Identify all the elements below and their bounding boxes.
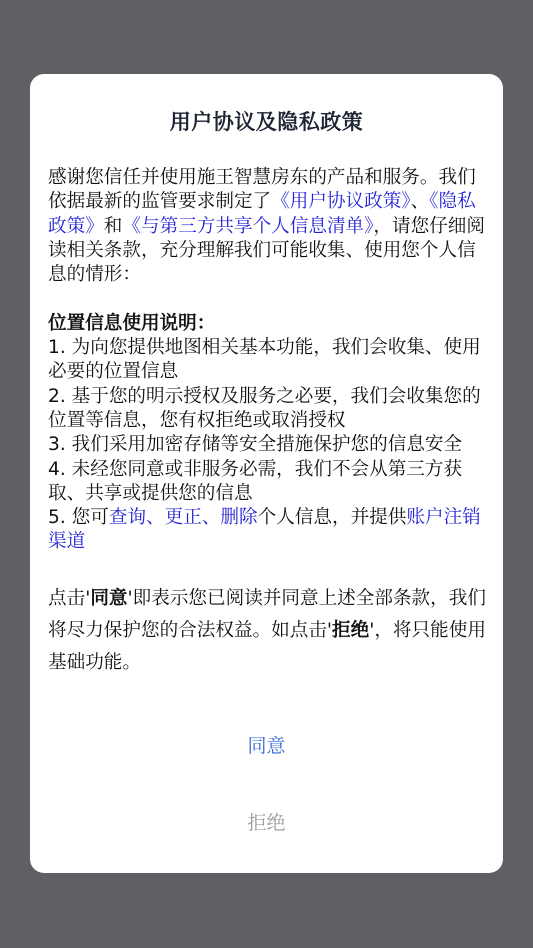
item5-text: 5. 您可	[48, 507, 109, 528]
location-heading: 位置信息使用说明：	[48, 312, 487, 336]
intro-paragraph: 感谢您信任并使用施王智慧房东的产品和服务。我们依据最新的监管要求制定了《用户协议…	[48, 166, 487, 287]
dialog-title: 用户协议及隐私政策	[30, 106, 503, 136]
dialog-content: 感谢您信任并使用施王智慧房东的产品和服务。我们依据最新的监管要求制定了《用户协议…	[48, 166, 487, 679]
manage-info-link[interactable]: 查询、更正、删除	[109, 507, 258, 528]
list-item: 5. 您可查询、更正、删除个人信息，并提供账户注销渠道	[48, 506, 487, 555]
agree-button[interactable]: 同意	[30, 726, 503, 766]
consent-notice: 点击'同意'即表示您已阅读并同意上述全部条款，我们将尽力保护您的合法权益。如点击…	[48, 583, 487, 679]
privacy-dialog: 用户协议及隐私政策 感谢您信任并使用施王智慧房东的产品和服务。我们依据最新的监管…	[30, 74, 503, 873]
item5-text-mid: 个人信息，并提供	[258, 507, 407, 528]
list-item: 4. 未经您同意或非服务必需，我们不会从第三方获取、共享或提供您的信息	[48, 458, 487, 507]
notice-text: 点击'	[48, 588, 90, 609]
list-item: 2. 基于您的明示授权及服务之必要，我们会收集您的位置等信息，您有权拒绝或取消授…	[48, 385, 487, 434]
reject-button[interactable]: 拒绝	[30, 803, 503, 843]
spacer	[48, 287, 487, 311]
spacer	[48, 555, 487, 579]
user-agreement-link[interactable]: 《用户协议政策》	[271, 191, 410, 212]
list-item: 1. 为向您提供地图相关基本功能，我们会收集、使用必要的位置信息	[48, 336, 487, 385]
notice-reject-bold: 拒绝	[332, 620, 369, 641]
notice-agree-bold: 同意	[90, 588, 127, 609]
separator-text: 、	[411, 191, 430, 212]
and-text: 和	[104, 216, 123, 237]
list-item: 3. 我们采用加密存储等安全措施保护您的信息安全	[48, 433, 487, 457]
third-party-sharing-link[interactable]: 《与第三方共享个人信息清单》	[122, 216, 373, 237]
